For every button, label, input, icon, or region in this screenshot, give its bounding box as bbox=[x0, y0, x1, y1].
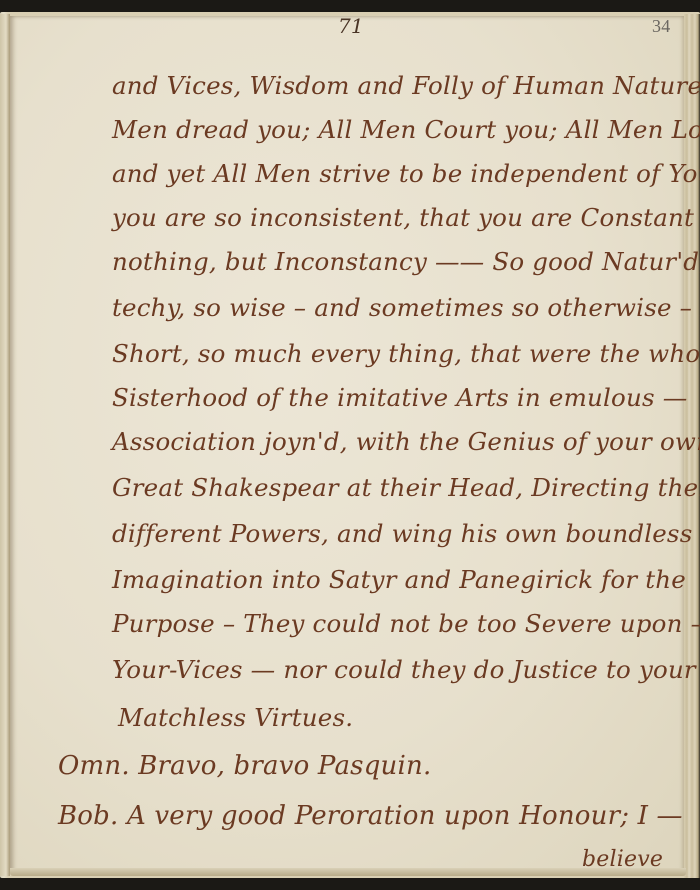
speech-text: Bravo, bravo Pasquin. bbox=[138, 751, 431, 781]
speech-bob: Bob. A very good Peroration upon Honour;… bbox=[58, 802, 683, 830]
text-line: and Vices, Wisdom and Folly of Human Nat… bbox=[112, 72, 700, 100]
text-line: Short, so much every thing, that were th… bbox=[112, 340, 700, 368]
text-line: different Powers, and wing his own bound… bbox=[112, 520, 692, 548]
text-line: and yet All Men strive to be independent… bbox=[112, 160, 700, 188]
text-line: Purpose – They could not be too Severe u… bbox=[112, 610, 700, 638]
text-line: you are so inconsistent, that you are Co… bbox=[112, 204, 700, 232]
text-line: techy, so wise – and sometimes so otherw… bbox=[112, 294, 700, 322]
text-line: Matchless Virtues. bbox=[118, 704, 353, 732]
text-line: nothing, but Inconstancy —— So good Natu… bbox=[112, 248, 700, 276]
catchword: believe bbox=[582, 846, 663, 874]
binding-gutter bbox=[0, 14, 10, 876]
speaker-name: Bob. bbox=[58, 801, 118, 831]
speaker-name: Omn. bbox=[58, 751, 130, 781]
manuscript-scan: 71 34 and Vices, Wisdom and Folly of Hum… bbox=[0, 0, 700, 890]
page-number: 71 bbox=[338, 14, 364, 38]
speech-omn: Omn. Bravo, bravo Pasquin. bbox=[58, 752, 431, 780]
text-line: Imagination into Satyr and Panegirick fo… bbox=[112, 566, 686, 594]
text-line: Men dread you; All Men Court you; All Me… bbox=[112, 116, 700, 144]
text-line: Sisterhood of the imitative Arts in emul… bbox=[112, 384, 687, 412]
text-line: Great Shakespear at their Head, Directin… bbox=[112, 474, 700, 502]
text-line: Your-Vices — nor could they do Justice t… bbox=[112, 656, 696, 684]
speech-text: A very good Peroration upon Honour; I — bbox=[127, 801, 683, 831]
folio-number: 34 bbox=[652, 16, 670, 37]
text-line: Association joyn'd, with the Genius of y… bbox=[112, 428, 700, 456]
